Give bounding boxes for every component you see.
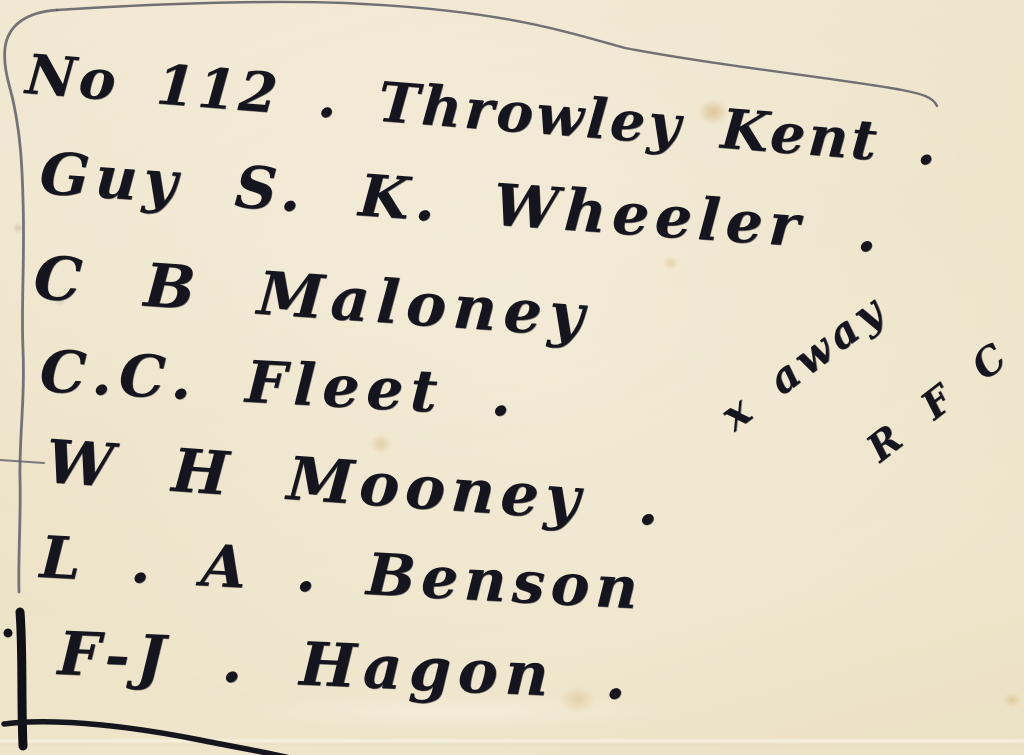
scanned-note-paper: No 112 . Throwley Kent . Guy S. K. Wheel… bbox=[0, 0, 1024, 755]
ink-dot bbox=[4, 629, 13, 638]
margin-tick bbox=[0, 460, 44, 463]
bottom-ruled-line bbox=[4, 722, 290, 755]
margin-heavy-stroke bbox=[20, 612, 23, 746]
